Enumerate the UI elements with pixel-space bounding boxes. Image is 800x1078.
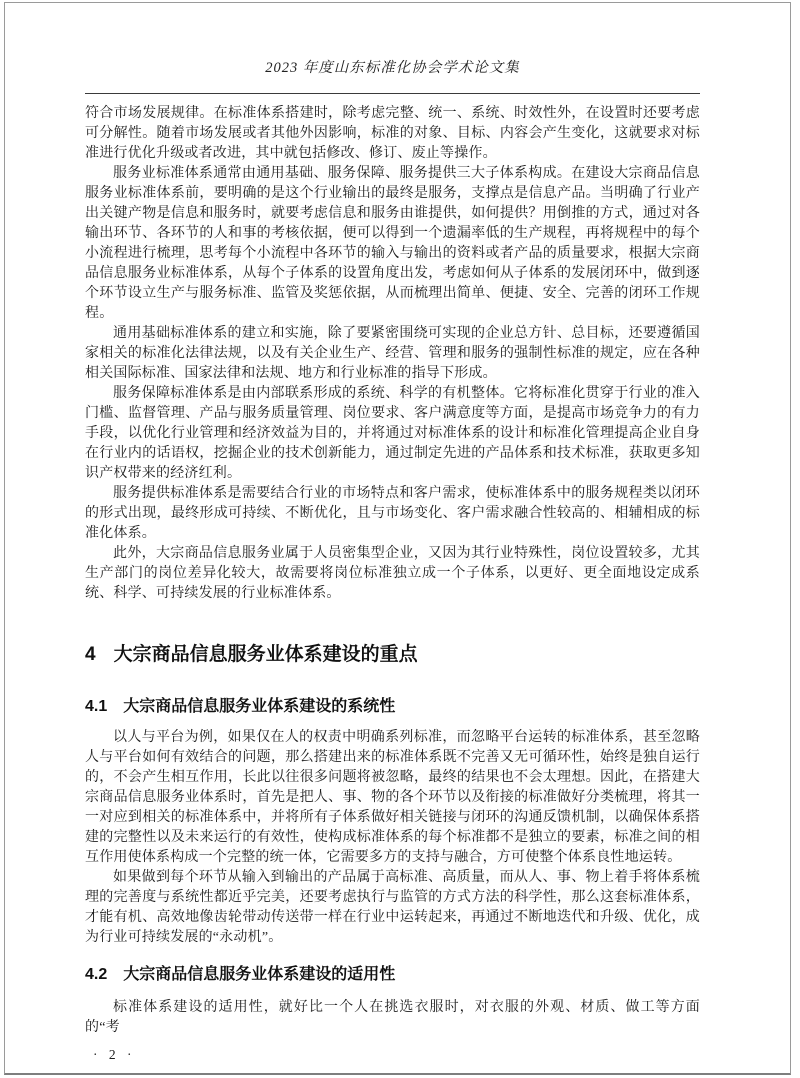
subsection-heading-4-1: 4.1大宗商品信息服务业体系建设的系统性 [85,696,700,718]
paragraph: 标准体系建设的适用性，就好比一个人在挑选衣服时，对衣服的外观、材质、做工等方面的… [85,998,700,1038]
paragraph: 如果做到每个环节从输入到输出的产品属于高标准、高质量，而从人、事、物上着手将体系… [85,868,700,948]
header-rule [85,93,700,94]
subsection-number: 4.2 [85,966,107,983]
paragraph: 服务提供标准体系是需要结合行业的市场特点和客户需求，使标准体系中的服务规程类以闭… [85,484,700,544]
subsection-title: 大宗商品信息服务业体系建设的系统性 [123,698,395,715]
section-heading-4: 4大宗商品信息服务业体系建设的重点 [85,642,700,668]
page-number: · 2 · [85,1046,700,1064]
paragraph: 服务保障标准体系是由内部联系形成的系统、科学的有机整体。它将标准化贯穿于行业的准… [85,384,700,484]
subsection-heading-4-2: 4.2大宗商品信息服务业体系建设的适用性 [85,964,700,986]
document-page: 2023 年度山东标准化协会学术论文集 符合市场发展规律。在标准体系搭建时，除考… [0,0,800,1078]
section-number: 4 [85,644,96,665]
paragraph: 此外，大宗商品信息服务业属于人员密集型企业，又因为其行业特殊性，岗位设置较多，尤… [85,544,700,604]
paragraph: 服务业标准体系通常由通用基础、服务保障、服务提供三大子体系构成。在建设大宗商品信… [85,164,700,324]
subsection-title: 大宗商品信息服务业体系建设的适用性 [123,966,395,983]
page-content: 2023 年度山东标准化协会学术论文集 符合市场发展规律。在标准体系搭建时，除考… [85,0,700,1064]
body-text: 符合市场发展规律。在标准体系搭建时，除考虑完整、统一、系统、时效性外，在设置时还… [85,104,700,1038]
paragraph: 以人与平台为例，如果仅在人的权责中明确系列标准，而忽略平台运转的标准体系，甚至忽… [85,728,700,868]
subsection-number: 4.1 [85,698,107,715]
running-header: 2023 年度山东标准化协会学术论文集 [85,58,700,78]
paragraph: 通用基础标准体系的建立和实施，除了要紧密围绕可实现的企业总方针、总目标，还要遵循… [85,324,700,384]
section-title: 大宗商品信息服务业体系建设的重点 [114,644,418,665]
paragraph-continuation: 符合市场发展规律。在标准体系搭建时，除考虑完整、统一、系统、时效性外，在设置时还… [85,104,700,164]
